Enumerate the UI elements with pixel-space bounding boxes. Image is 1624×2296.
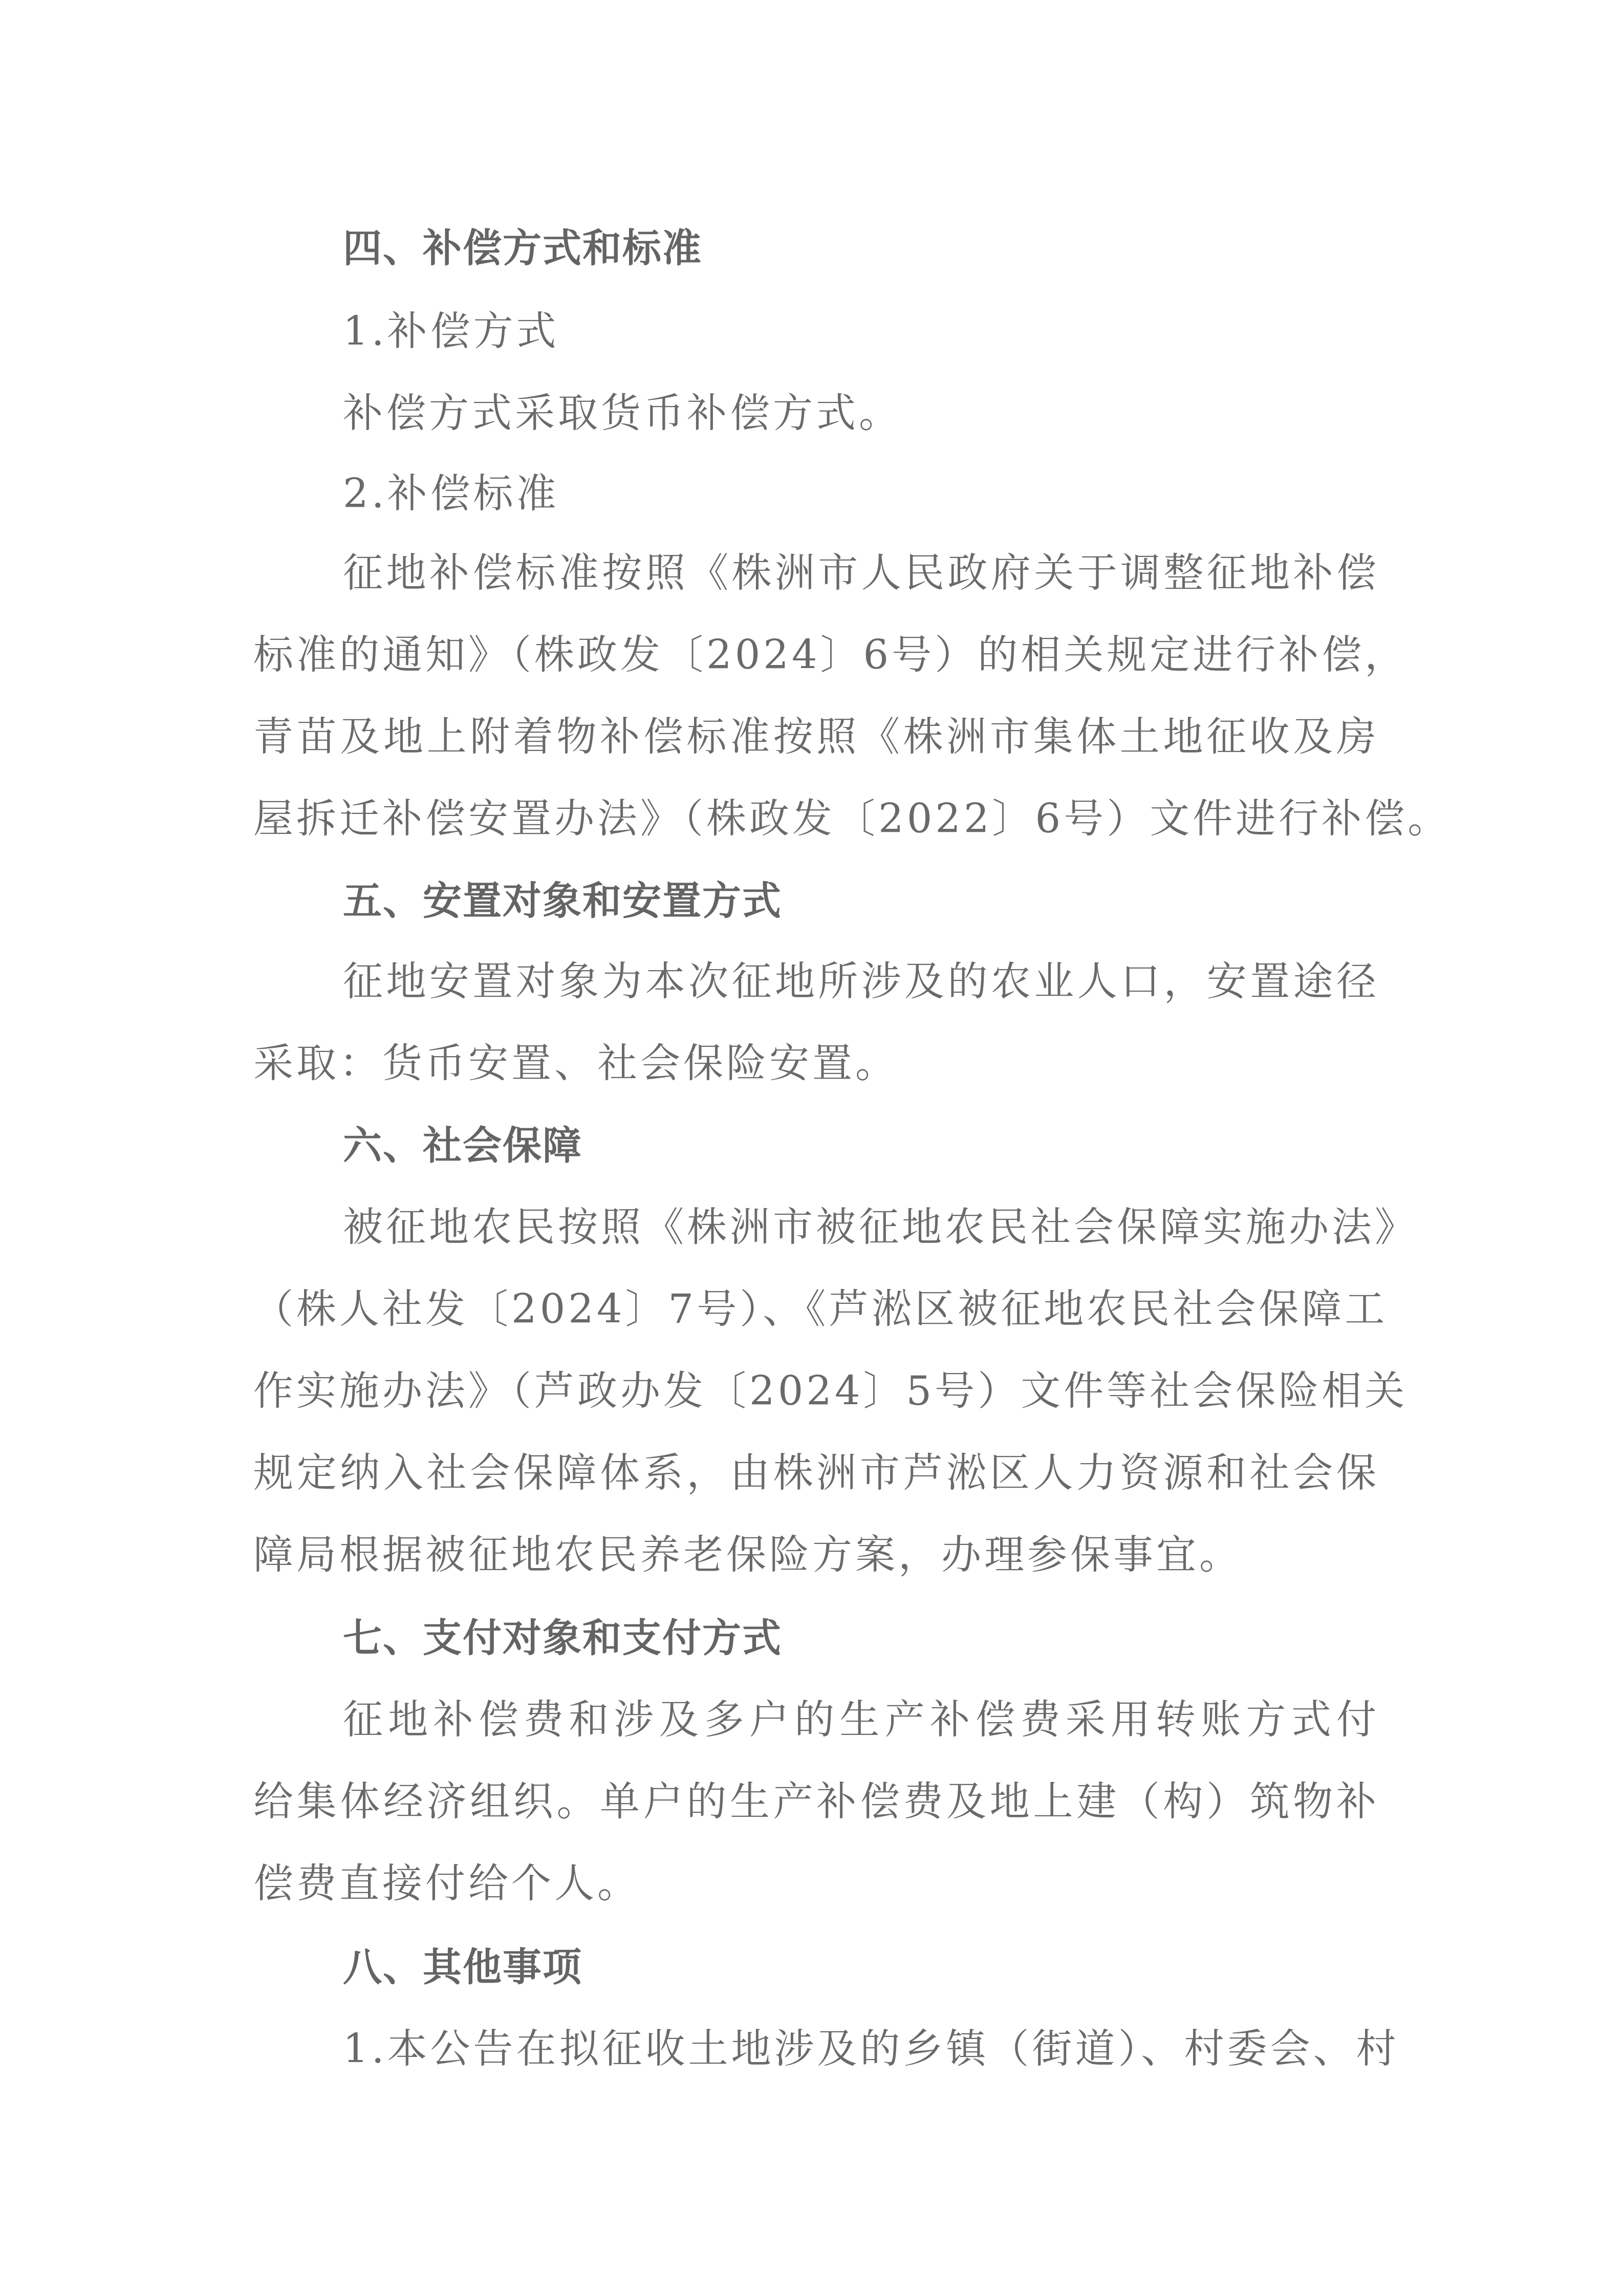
- document-page: 四、补偿方式和标准 1.补偿方式 补偿方式采取货币补偿方式。 2.补偿标准 征地…: [0, 0, 1624, 2296]
- section-heading-8: 八、其他事项: [343, 1939, 1469, 1995]
- section-heading-7: 七、支付对象和支付方式: [343, 1610, 1469, 1666]
- paragraph-line: 青苗及地上附着物补偿标准按照《株洲市集体土地征收及房: [253, 709, 1379, 765]
- section-heading-5: 五、安置对象和安置方式: [343, 873, 1469, 929]
- paragraph-line: 障局根据被征地农民养老保险方案，办理参保事宜。: [253, 1527, 1379, 1583]
- paragraph-line: 征地安置对象为本次征地所涉及的农业人口，安置途径: [343, 954, 1379, 1010]
- paragraph-line: 规定纳入社会保障体系，由株洲市芦淞区人力资源和社会保: [253, 1445, 1379, 1501]
- paragraph-line: 标准的通知》（株政发〔2024〕6号）的相关规定进行补偿，: [253, 627, 1379, 683]
- section-heading-6: 六、社会保障: [343, 1118, 1469, 1174]
- paragraph-line: （株人社发〔2024〕7号）、《芦淞区被征地农民社会保障工: [253, 1281, 1379, 1338]
- subheading-compensation-method: 1.补偿方式: [343, 304, 1469, 360]
- paragraph-line: 屋拆迁补偿安置办法》（株政发〔2022〕6号）文件进行补偿。: [253, 791, 1379, 847]
- paragraph-line: 给集体经济组织。单户的生产补偿费及地上建（构）筑物补: [253, 1774, 1379, 1830]
- paragraph-line: 征地补偿费和涉及多户的生产补偿费采用转账方式付: [343, 1692, 1379, 1748]
- section-heading-4: 四、补偿方式和标准: [343, 220, 1469, 276]
- paragraph-line: 偿费直接付给个人。: [253, 1856, 1379, 1912]
- subheading-compensation-standard: 2.补偿标准: [343, 466, 1469, 522]
- paragraph-line: 1.本公告在拟征收土地涉及的乡镇（街道）、村委会、村: [343, 2021, 1379, 2077]
- paragraph-line: 被征地农民按照《株洲市被征地农民社会保障实施办法》: [343, 1199, 1379, 1256]
- paragraph-line: 采取：货币安置、社会保险安置。: [253, 1036, 1379, 1092]
- paragraph-line: 征地补偿标准按照《株洲市人民政府关于调整征地补偿: [343, 545, 1379, 602]
- paragraph-line: 补偿方式采取货币补偿方式。: [343, 385, 1469, 442]
- paragraph-line: 作实施办法》（芦政办发〔2024〕5号）文件等社会保险相关: [253, 1363, 1379, 1420]
